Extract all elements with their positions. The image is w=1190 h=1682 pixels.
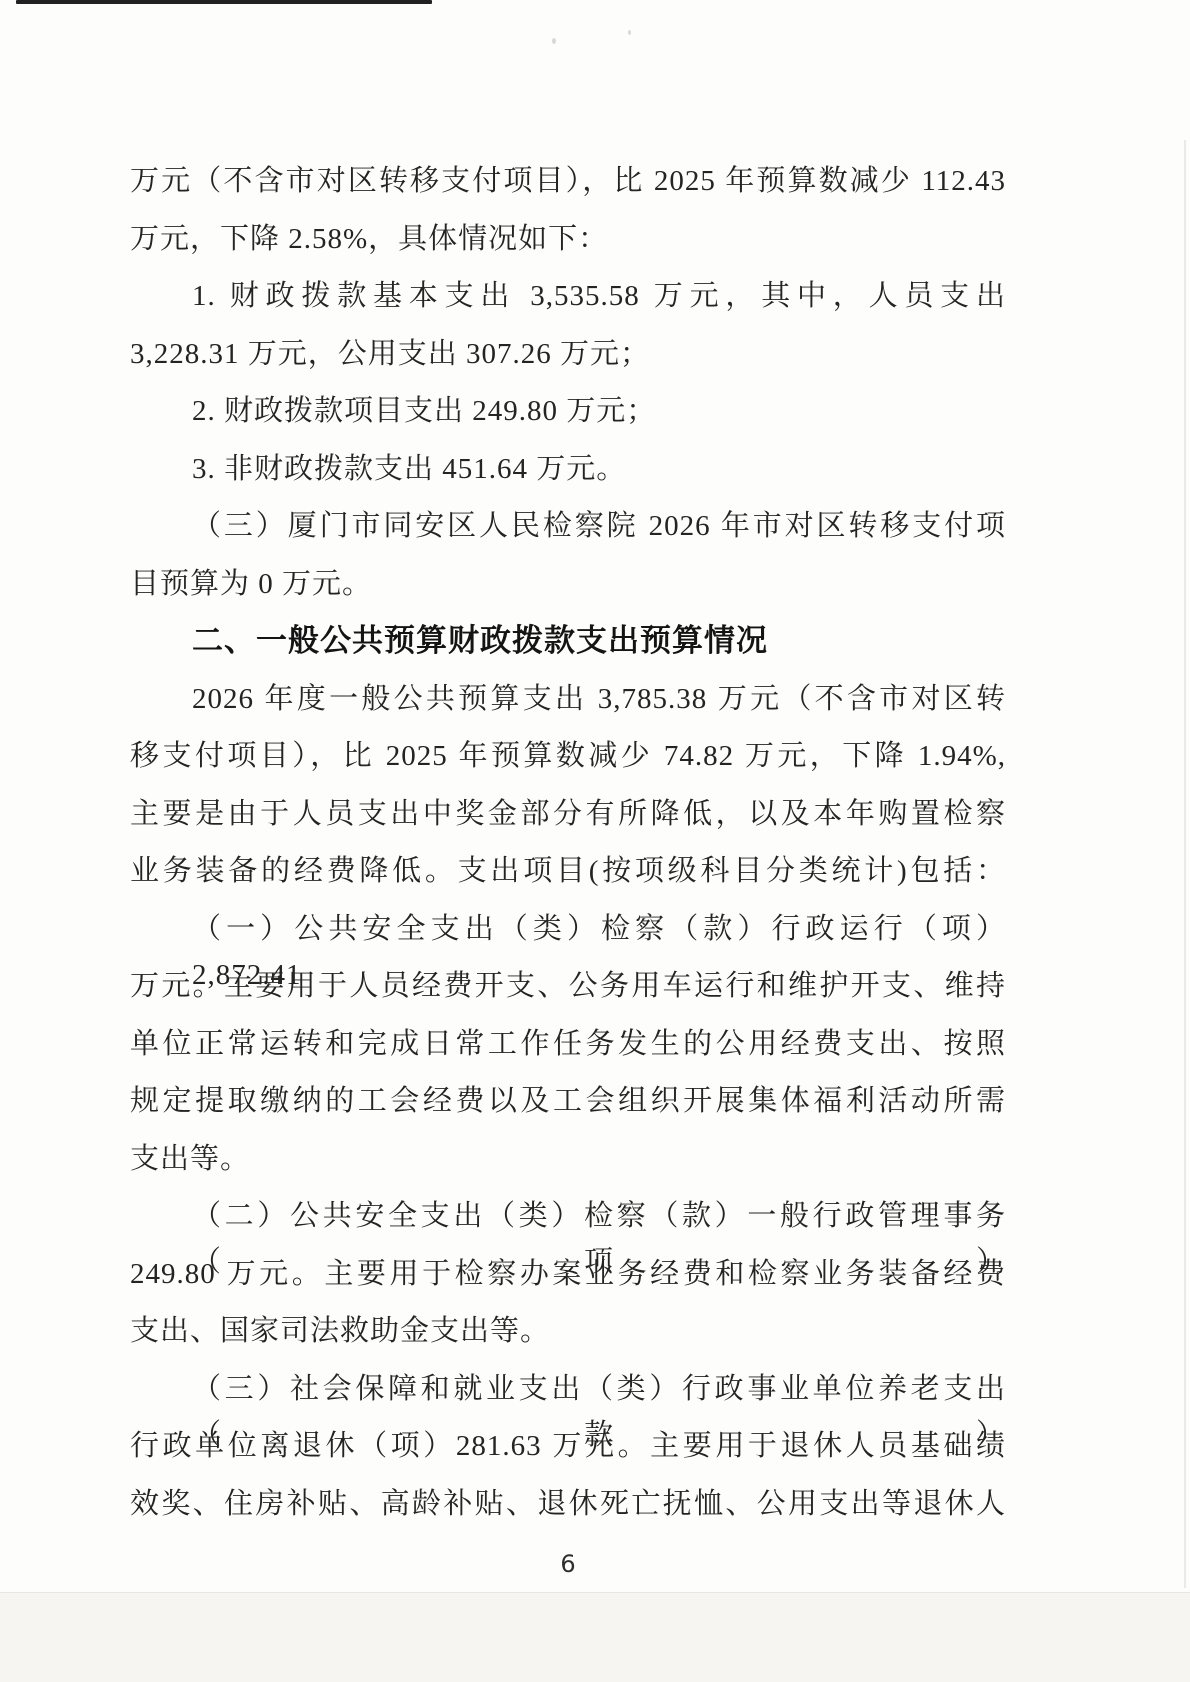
text-line: 支出等。 [130, 1136, 1006, 1194]
text-line: 万元（不含市对区转移支付项目），比 2025 年预算数减少 112.43 [130, 158, 1006, 216]
scan-footer-band [0, 1592, 1190, 1682]
text-line: 效奖、住房补贴、高龄补贴、退休死亡抚恤、公用支出等退休人 [130, 1481, 1006, 1539]
scan-speckle [628, 30, 631, 35]
text-line: （三）社会保障和就业支出（类）行政事业单位养老支出（款） [130, 1366, 1006, 1424]
text-line: 3,228.31 万元，公用支出 307.26 万元； [130, 331, 1006, 389]
text-line: 2026 年度一般公共预算支出 3,785.38 万元（不含市对区转 [130, 676, 1006, 734]
scan-artifact-line [16, 0, 432, 4]
text-line: 行政单位离退休（项）281.63 万元。主要用于退休人员基础绩 [130, 1423, 1006, 1481]
scan-edge-shadow [1184, 140, 1186, 1588]
text-line: 1. 财政拨款基本支出 3,535.58 万元，其中，人员支出 [130, 273, 1006, 331]
text-line: 二、一般公共预算财政拨款支出预算情况 [130, 618, 1006, 676]
text-line: 主要是由于人员支出中奖金部分有所降低，以及本年购置检察 [130, 791, 1006, 849]
scan-speckle [552, 38, 556, 44]
text-line: 业务装备的经费降低。支出项目(按项级科目分类统计)包括： [130, 848, 1006, 906]
text-line: 移支付项目），比 2025 年预算数减少 74.82 万元，下降 1.94%, [130, 733, 1006, 791]
text-line: （三）厦门市同安区人民检察院 2026 年市对区转移支付项 [130, 503, 1006, 561]
document-page: 万元（不含市对区转移支付项目），比 2025 年预算数减少 112.43万元，下… [0, 0, 1190, 1682]
text-line: 249.80 万元。主要用于检察办案业务经费和检察业务装备经费 [130, 1251, 1006, 1309]
document-body: 万元（不含市对区转移支付项目），比 2025 年预算数减少 112.43万元，下… [130, 158, 1006, 1538]
text-line: 万元。主要用于人员经费开支、公务用车运行和维护开支、维持 [130, 963, 1006, 1021]
text-line: 3. 非财政拨款支出 451.64 万元。 [130, 446, 1006, 504]
text-line: （一）公共安全支出（类）检察（款）行政运行（项）2,872.41 [130, 906, 1006, 964]
text-line: 单位正常运转和完成日常工作任务发生的公用经费支出、按照 [130, 1021, 1006, 1079]
text-line: 目预算为 0 万元。 [130, 561, 1006, 619]
page-number: 6 [130, 1550, 1006, 1578]
text-line: （二）公共安全支出（类）检察（款）一般行政管理事务（项） [130, 1193, 1006, 1251]
text-line: 支出、国家司法救助金支出等。 [130, 1308, 1006, 1366]
text-line: 2. 财政拨款项目支出 249.80 万元； [130, 388, 1006, 446]
text-line: 万元，下降 2.58%，具体情况如下： [130, 216, 1006, 274]
text-line: 规定提取缴纳的工会经费以及工会组织开展集体福利活动所需 [130, 1078, 1006, 1136]
